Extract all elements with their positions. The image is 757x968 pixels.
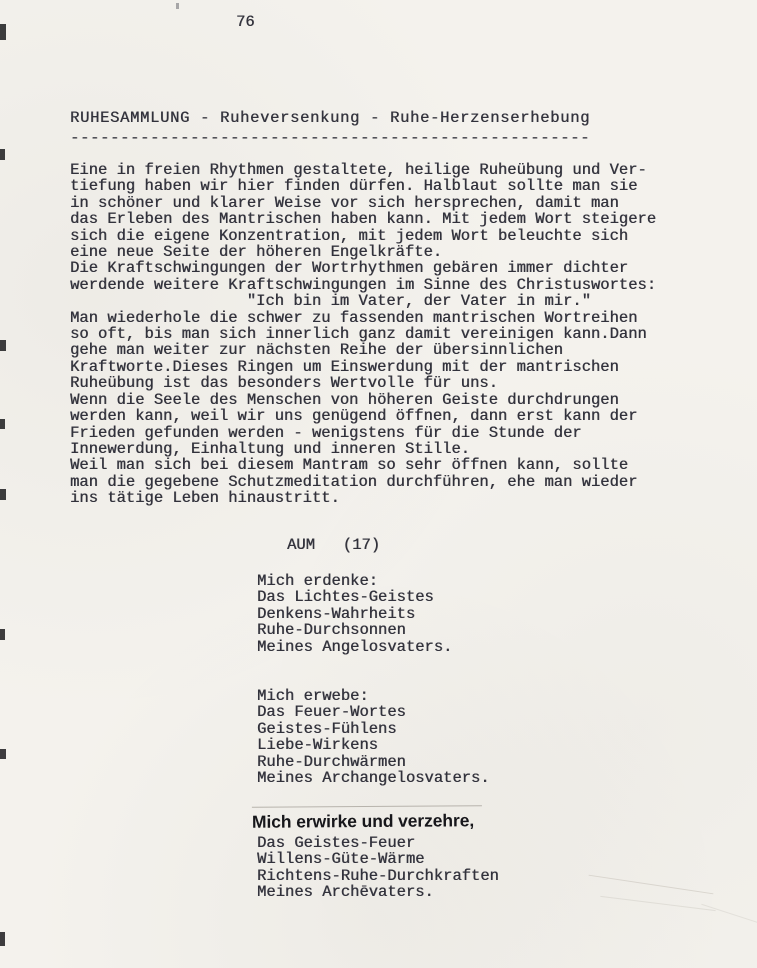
text-line: Meines Angelosvaters.: [257, 639, 452, 655]
section-heading: RUHESAMMLUNG - Ruheversenkung - Ruhe-Her…: [70, 110, 590, 126]
scan-artifact: [0, 149, 5, 160]
text-line: Eine in freien Rhythmen gestaltete, heil…: [70, 162, 656, 178]
text-line: Man wiederhole die schwer zu fassenden m…: [70, 310, 656, 326]
pasted-correction: Mich erwirke und verzehre,: [252, 805, 482, 833]
text-line: Ruhe-Durchwärmen: [257, 754, 490, 770]
stanza-3: Das Geistes-FeuerWillens-Güte-WärmeRicht…: [257, 835, 499, 901]
section-heading-underline: ----------------------------------------…: [70, 130, 590, 146]
text-line: sich die eigene Konzentration, mit jedem…: [70, 228, 656, 244]
stanza-2: Mich erwebe:Das Feuer-WortesGeistes-Fühl…: [257, 688, 490, 786]
scan-artifact: [0, 749, 6, 759]
text-line: eine neue Seite der höheren Engelkräfte.: [70, 244, 656, 260]
scan-artifact: [0, 419, 5, 429]
stanza-1: Mich erdenke:Das Lichtes-GeistesDenkens-…: [257, 573, 452, 655]
text-line: Willens-Güte-Wärme: [257, 851, 499, 867]
text-line: werdende weitere Kraftschwingungen im Si…: [70, 277, 656, 293]
text-line: so oft, bis man sich innerlich ganz dami…: [70, 326, 656, 342]
body-paragraph: Eine in freien Rhythmen gestaltete, heil…: [70, 162, 656, 507]
text-line: Das Feuer-Wortes: [257, 704, 490, 720]
text-line: das Erleben des Mantrischen haben kann. …: [70, 211, 656, 227]
text-line: Ruhe-Durchsonnen: [257, 622, 452, 638]
text-line: Liebe-Wirkens: [257, 737, 490, 753]
text-line: man die gegebene Schutzmeditation durchf…: [70, 474, 656, 490]
scanned-document-page: 76 RUHESAMMLUNG - Ruheversenkung - Ruhe-…: [0, 0, 757, 968]
text-line: Mich erwebe:: [257, 688, 490, 704]
scan-artifact: [176, 3, 179, 9]
text-line: Denkens-Wahrheits: [257, 606, 452, 622]
pasted-correction-text: Mich erwirke und verzehre,: [252, 810, 482, 833]
text-line: ins tätige Leben hinaustritt.: [70, 490, 656, 506]
text-line: Kraftworte.Dieses Ringen um Einswerdung …: [70, 359, 656, 375]
text-line: Weil man sich bei diesem Mantram so sehr…: [70, 457, 656, 473]
text-line: Wenn die Seele des Menschen von höheren …: [70, 392, 656, 408]
scan-artifact: [0, 629, 5, 640]
text-line: Richtens-Ruhe-Durchkraften: [257, 868, 499, 884]
text-line: Geistes-Fühlens: [257, 721, 490, 737]
text-line: tiefung haben wir hier finden dürfen. Ha…: [70, 178, 656, 194]
text-line: Das Lichtes-Geistes: [257, 589, 452, 605]
text-line: Mich erdenke:: [257, 573, 452, 589]
aum-heading: AUM (17): [287, 537, 380, 553]
text-line: Die Kraftschwingungen der Wortrhythmen g…: [70, 260, 656, 276]
text-line: Das Geistes-Feuer: [257, 835, 499, 851]
page-number: 76: [236, 14, 255, 30]
scan-artifact: [600, 896, 715, 911]
scan-artifact: [701, 904, 757, 923]
text-line: werden kann, weil wir uns genügend öffne…: [70, 408, 656, 424]
text-line: Frieden gefunden werden - wenigstens für…: [70, 425, 656, 441]
text-line: "Ich bin im Vater, der Vater in mir.": [70, 293, 656, 309]
scan-artifact: [0, 340, 6, 351]
text-line: gehe man weiter zur nächsten Reihe der ü…: [70, 342, 656, 358]
scan-artifact: [0, 489, 6, 500]
text-line: Ruheübung ist das besonders Wertvolle fü…: [70, 375, 656, 391]
text-line: in schöner und klarer Weise vor sich her…: [70, 195, 656, 211]
text-line: Meines Archēvaters.: [257, 884, 499, 900]
scan-artifact: [0, 932, 5, 946]
scan-artifact: [589, 875, 714, 895]
text-line: Meines Archangelosvaters.: [257, 770, 490, 786]
scan-artifact: [0, 24, 6, 40]
text-line: Innewerdung, Einhaltung und inneren Stil…: [70, 441, 656, 457]
paste-edge-line: [252, 805, 482, 808]
